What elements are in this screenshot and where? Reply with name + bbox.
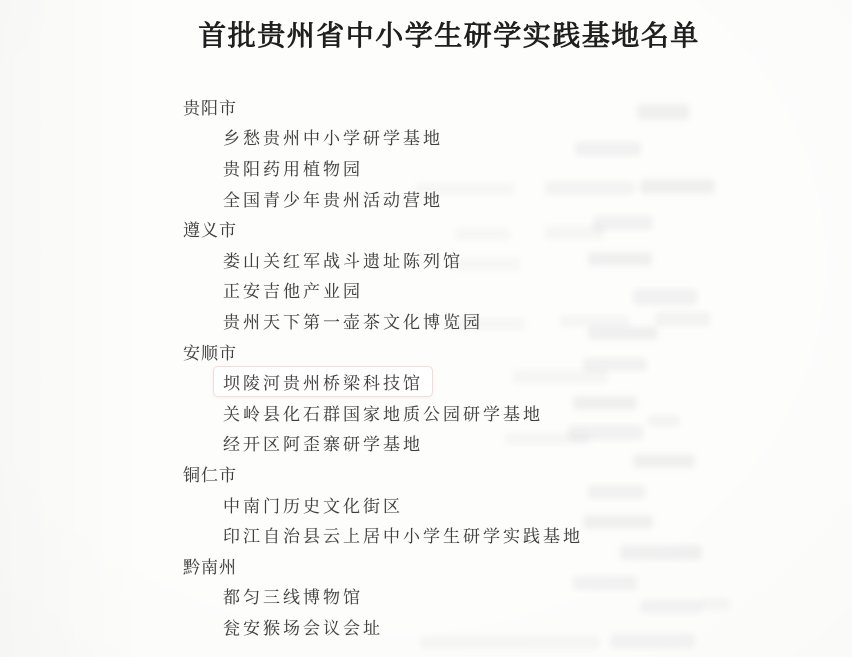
base-item: 全国青少年贵州活动营地 [0,183,852,214]
base-item: 正安吉他产业园 [0,275,852,306]
city-section: 黔南州都匀三线博物馆瓮安猴场会议会址 [0,550,852,642]
city-section: 贵阳市乡愁贵州中小学研学基地贵阳药用植物园全国青少年贵州活动营地 [0,91,852,213]
city-name: 铜仁市 [0,458,852,489]
city-name: 遵义市 [0,213,852,244]
base-text: 贵州天下第一壶茶文化博览园 [223,308,483,333]
document-body: 首批贵州省中小学生研学实践基地名单 贵阳市乡愁贵州中小学研学基地贵阳药用植物园全… [0,0,852,642]
base-text: 经开区阿歪寨研学基地 [223,430,423,455]
document-title: 首批贵州省中小学生研学实践基地名单 [0,0,852,53]
base-item: 都匀三线博物馆 [0,581,852,612]
base-text: 关岭县化石群国家地质公园研学基地 [223,400,543,425]
base-list: 贵阳市乡愁贵州中小学研学基地贵阳药用植物园全国青少年贵州活动营地遵义市娄山关红军… [0,91,852,642]
base-text: 娄山关红军战斗遗址陈列馆 [223,247,463,272]
base-item: 印江自治县云上居中小学生研学实践基地 [0,519,852,550]
city-section: 遵义市娄山关红军战斗遗址陈列馆正安吉他产业园贵州天下第一壶茶文化博览园 [0,213,852,335]
base-text: 乡愁贵州中小学研学基地 [223,124,443,149]
base-text: 全国青少年贵州活动营地 [223,186,443,211]
base-item: 贵阳药用植物园 [0,152,852,183]
city-name: 安顺市 [0,336,852,367]
highlighted-base-text: 坝陵河贵州桥梁科技馆 [214,367,432,396]
base-item: 娄山关红军战斗遗址陈列馆 [0,244,852,275]
base-item: 经开区阿歪寨研学基地 [0,428,852,459]
base-text: 中南门历史文化街区 [223,492,403,517]
base-item: 乡愁贵州中小学研学基地 [0,122,852,153]
scanned-document-page: 首批贵州省中小学生研学实践基地名单 贵阳市乡愁贵州中小学研学基地贵阳药用植物园全… [0,0,852,657]
city-name: 贵阳市 [0,91,852,122]
base-item: 关岭县化石群国家地质公园研学基地 [0,397,852,428]
city-section: 安顺市坝陵河贵州桥梁科技馆关岭县化石群国家地质公园研学基地经开区阿歪寨研学基地 [0,336,852,458]
city-section: 铜仁市中南门历史文化街区印江自治县云上居中小学生研学实践基地 [0,458,852,550]
base-text: 印江自治县云上居中小学生研学实践基地 [223,522,583,547]
base-item: 坝陵河贵州桥梁科技馆 [0,366,852,397]
base-text: 贵阳药用植物园 [223,155,363,180]
base-text: 瓮安猴场会议会址 [223,614,383,639]
base-item: 瓮安猴场会议会址 [0,611,852,642]
base-text: 正安吉他产业园 [223,277,363,302]
city-name: 黔南州 [0,550,852,581]
base-item: 贵州天下第一壶茶文化博览园 [0,305,852,336]
base-text: 都匀三线博物馆 [223,583,363,608]
base-item: 中南门历史文化街区 [0,489,852,520]
